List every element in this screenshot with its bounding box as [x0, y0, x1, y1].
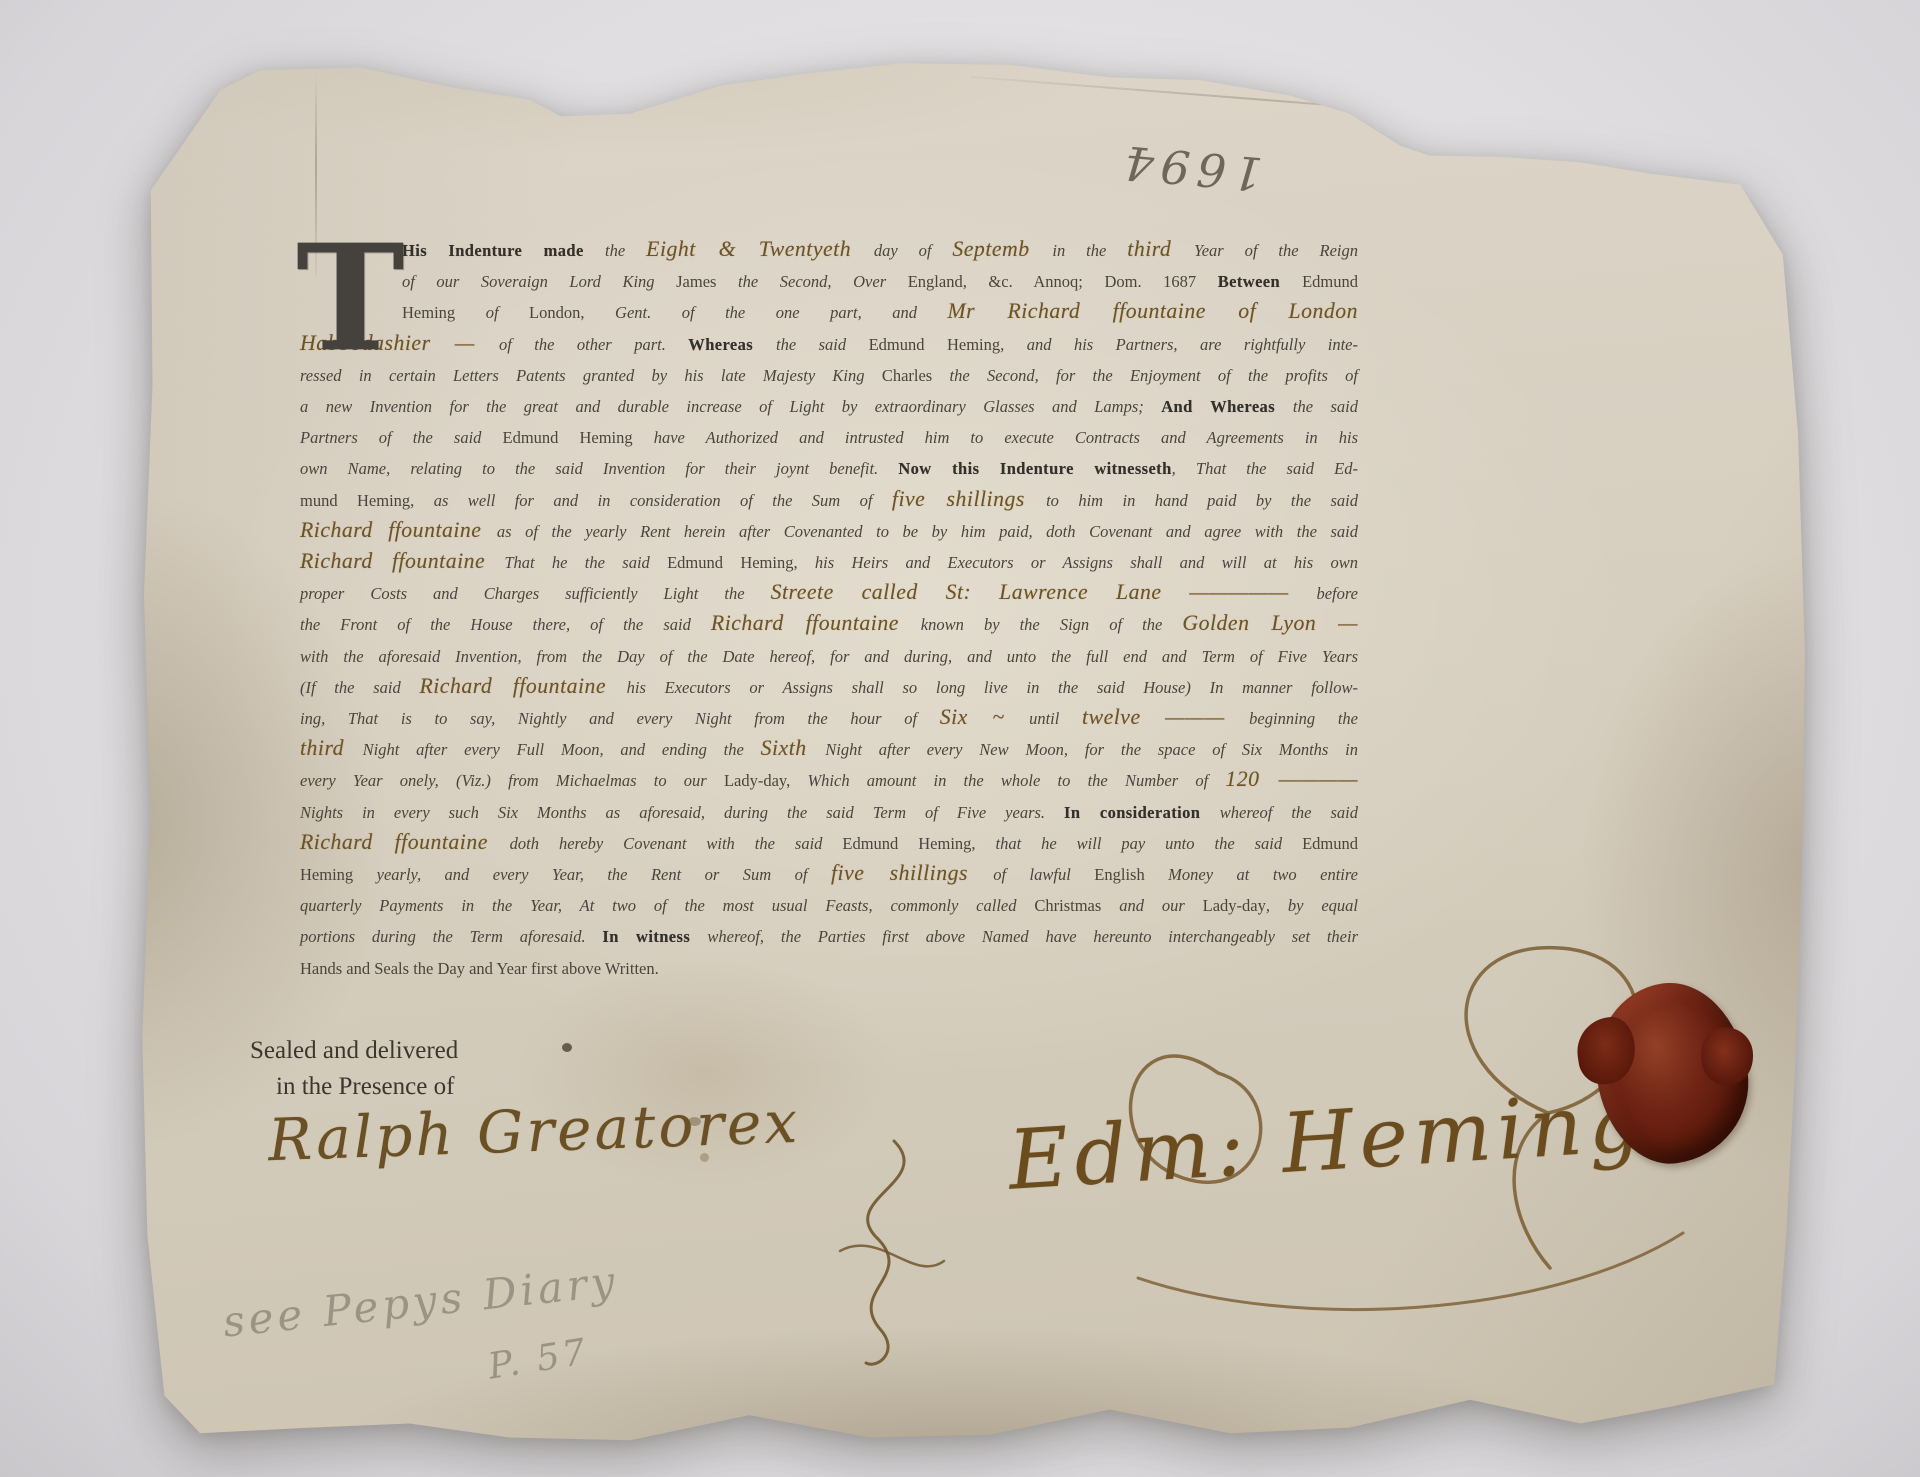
handwritten-insertion: third: [1127, 237, 1194, 261]
printed-text: ing, That is to say, Nightly and every N…: [300, 709, 940, 728]
printed-text: the said: [776, 335, 869, 354]
printed-text: His Indenture made: [402, 241, 605, 260]
handwritten-insertion: Golden Lyon —: [1182, 611, 1358, 635]
deed-line: every Year onely, (Viz.) from Michaelmas…: [300, 765, 1358, 796]
printed-text: until: [1029, 709, 1082, 728]
printed-text: of the other part.: [499, 335, 688, 354]
handwritten-insertion: Eight & Twentyeth: [646, 237, 874, 261]
handwritten-insertion: Richard ffountaine: [711, 611, 921, 635]
printed-text: known by the Sign of the: [921, 615, 1183, 634]
deed-line: the Front of the House there, of the sai…: [300, 609, 1358, 640]
deed-line: Habbodashier — of the other part. Wherea…: [300, 329, 1358, 360]
printed-text: London,: [529, 303, 615, 322]
printed-text: , That the said Ed-: [1172, 459, 1358, 478]
printed-text: Gent. of the one part, and: [615, 303, 948, 322]
attestation-line-1: Sealed and delivered: [250, 1033, 458, 1069]
printed-text: Nights in every such Six Months as afore…: [300, 803, 1064, 822]
photo-backdrop: 1694 T His Indenture made the Eight & Tw…: [0, 0, 1920, 1477]
printed-text: Year of the Reign: [1194, 241, 1358, 260]
handwritten-insertion: Richard ffountaine: [300, 518, 497, 542]
printed-text: Money at two entire: [1168, 865, 1358, 884]
printed-text: That he the said: [504, 553, 667, 572]
handwritten-insertion: Sixth: [761, 736, 826, 760]
paper-crease-diagonal: [971, 76, 1509, 120]
printed-text: of our Soveraign Lord King: [402, 272, 676, 291]
printed-text: as of the yearly Rent herein after Coven…: [497, 522, 1358, 541]
printed-text: doth hereby Covenant with the said: [510, 834, 843, 853]
printed-text: the said: [1293, 397, 1358, 416]
printed-text: mund Heming,: [300, 491, 434, 510]
deed-line: Partners of the said Edmund Heming have …: [300, 422, 1358, 453]
drop-cap-initial: T: [296, 245, 405, 353]
printed-text: Whereas: [688, 335, 776, 354]
flourish-stroke: [840, 1246, 944, 1267]
printed-text: Edmund: [1302, 272, 1358, 291]
deed-line: Heming yearly, and every Year, the Rent …: [300, 859, 1358, 890]
printed-text: quarterly Payments in the Year, At two o…: [300, 896, 1034, 915]
printed-text: (If the said: [300, 678, 419, 697]
printed-text: portions during the Term aforesaid.: [300, 927, 602, 946]
printed-text: Edmund: [1302, 834, 1358, 853]
printed-text: to him in hand paid by the said: [1046, 491, 1358, 510]
printed-text: And Whereas: [1161, 397, 1293, 416]
deed-line: of our Soveraign Lord King James the Sec…: [402, 266, 1358, 297]
printed-text: before: [1316, 584, 1358, 603]
printed-text: day of: [874, 241, 953, 260]
printed-text: Edmund Heming,: [842, 834, 995, 853]
printed-text: that he will pay unto the said: [996, 834, 1303, 853]
printed-text: beginning the: [1249, 709, 1358, 728]
printed-text: proper Costs and Charges sufficiently Li…: [300, 584, 771, 603]
handwritten-insertion: Septemb: [952, 237, 1052, 261]
printed-text: Partners of the said: [300, 428, 503, 447]
deed-line: Nights in every such Six Months as afore…: [300, 797, 1358, 828]
printed-text: Charles: [882, 366, 950, 385]
printed-text: In consideration: [1064, 803, 1220, 822]
deed-line: ing, That is to say, Nightly and every N…: [300, 703, 1358, 734]
printed-text: as well for and in consideration of the …: [434, 491, 892, 510]
printed-text: Edmund Heming,: [667, 553, 815, 572]
deed-text-block: T His Indenture made the Eight & Twentye…: [300, 235, 1358, 984]
printed-text: with the aforesaid Invention, from the D…: [300, 647, 1358, 666]
printed-text: Night after every Full Moon, and ending …: [363, 740, 761, 759]
deed-lines: His Indenture made the Eight & Twentyeth…: [300, 235, 1358, 984]
deed-line: Richard ffountaine That he the said Edmu…: [300, 547, 1358, 578]
deed-line: Hands and Seals the Day and Year first a…: [300, 953, 1358, 984]
handwritten-insertion: Richard ffountaine: [300, 830, 510, 854]
printed-text: own Name, relating to the said Invention…: [300, 459, 898, 478]
printed-text: England, &c. Annoq; Dom. 1687: [908, 272, 1218, 291]
printed-text: English: [1094, 865, 1168, 884]
deed-line: His Indenture made the Eight & Twentyeth…: [402, 235, 1358, 266]
printed-text: every Year onely, (Viz.) from Michaelmas…: [300, 771, 724, 790]
pencil-inscription-year: 1694: [1081, 104, 1300, 232]
printed-text: Now this Indenture witnesseth: [898, 459, 1171, 478]
deed-line: with the aforesaid Invention, from the D…: [300, 641, 1358, 672]
flourish-stroke: [1138, 1233, 1683, 1310]
printed-text: Edmund Heming: [869, 335, 1001, 354]
deed-line: mund Heming, as well for and in consider…: [300, 485, 1358, 516]
printed-text: the Second, for the Enjoyment of the pro…: [950, 366, 1359, 385]
printed-text: Lady-day: [1203, 896, 1266, 915]
printed-text: , and his Partners, are rightfully inte-: [1000, 335, 1358, 354]
deed-line: (If the said Richard ffountaine his Exec…: [300, 672, 1358, 703]
printed-text: in the: [1052, 241, 1127, 260]
handwritten-insertion: five shillings: [892, 487, 1046, 511]
printed-text: yearly, and every Year, the Rent or Sum …: [377, 865, 831, 884]
paper-stain: [562, 1043, 572, 1052]
printed-text: , by equal: [1266, 896, 1358, 915]
deed-line: portions during the Term aforesaid. In w…: [300, 921, 1358, 952]
attestation-clause: Sealed and delivered in the Presence of: [250, 1033, 458, 1105]
handwritten-insertion: third: [300, 736, 363, 760]
printed-text: Christmas: [1034, 896, 1119, 915]
pencil-note-line-2: P. 57: [485, 1331, 591, 1387]
deed-line: a new Invention for the great and durabl…: [300, 391, 1358, 422]
printed-text: Heming: [300, 865, 377, 884]
printed-text: Heming: [402, 303, 486, 322]
handwritten-insertion: 120 ————: [1225, 767, 1358, 791]
paper-shadow: 1694 T His Indenture made the Eight & Tw…: [110, 55, 1810, 1450]
printed-text: of: [486, 303, 529, 322]
deed-line: ressed in certain Letters Patents grante…: [300, 360, 1358, 391]
witness-flourish: [822, 1133, 952, 1383]
deed-line: third Night after every Full Moon, and e…: [300, 734, 1358, 765]
printed-text: a new Invention for the great and durabl…: [300, 397, 1161, 416]
printed-text: and our: [1119, 896, 1202, 915]
deed-line: Richard ffountaine doth hereby Covenant …: [300, 828, 1358, 859]
deed-line: Richard ffountaine as of the yearly Rent…: [300, 516, 1358, 547]
printed-text: his Executors or Assigns shall so long l…: [627, 678, 1358, 697]
printed-text: of lawful: [993, 865, 1094, 884]
handwritten-insertion: five shillings: [831, 861, 993, 885]
indenture-document: 1694 T His Indenture made the Eight & Tw…: [110, 55, 1810, 1450]
printed-text: Between: [1218, 272, 1302, 291]
printed-text: Which amount in the whole to the Number …: [807, 771, 1225, 790]
handwritten-insertion: Richard ffountaine: [419, 674, 626, 698]
deed-line: proper Costs and Charges sufficiently Li…: [300, 578, 1358, 609]
printed-text: Night after every New Moon, for the spac…: [825, 740, 1358, 759]
printed-text: whereof, the Parties first above Named h…: [707, 927, 1358, 946]
pencil-note-line-1: see Pepys Diary: [221, 1256, 621, 1346]
printed-text: James: [676, 272, 738, 291]
handwritten-insertion: Streete called St: Lawrence Lane —————: [771, 580, 1317, 604]
printed-text: the Front of the House there, of the sai…: [300, 615, 711, 634]
printed-text: the: [605, 241, 646, 260]
printed-text: Lady-day,: [724, 771, 808, 790]
printed-text: In witness: [602, 927, 707, 946]
handwritten-insertion: twelve ———: [1082, 705, 1249, 729]
printed-text: Edmund Heming: [503, 428, 654, 447]
printed-text: the Second, Over: [738, 272, 908, 291]
printed-text: his Heirs and Executors or Assigns shall…: [815, 553, 1358, 572]
red-wax-seal: [1597, 983, 1747, 1163]
handwritten-insertion: Six ~: [940, 705, 1029, 729]
handwritten-insertion: Mr Richard ffountaine of London: [948, 299, 1358, 323]
deed-line: quarterly Payments in the Year, At two o…: [300, 890, 1358, 921]
printed-text: Hands and Seals the Day and Year first a…: [300, 959, 659, 978]
handwritten-insertion: Richard ffountaine: [300, 549, 504, 573]
deed-line: Heming of London, Gent. of the one part,…: [402, 297, 1358, 328]
wax-blob: [1585, 973, 1759, 1172]
printed-text: whereof the said: [1220, 803, 1358, 822]
deed-line: own Name, relating to the said Invention…: [300, 453, 1358, 484]
printed-text: have Authorized and intrusted him to exe…: [654, 428, 1358, 447]
